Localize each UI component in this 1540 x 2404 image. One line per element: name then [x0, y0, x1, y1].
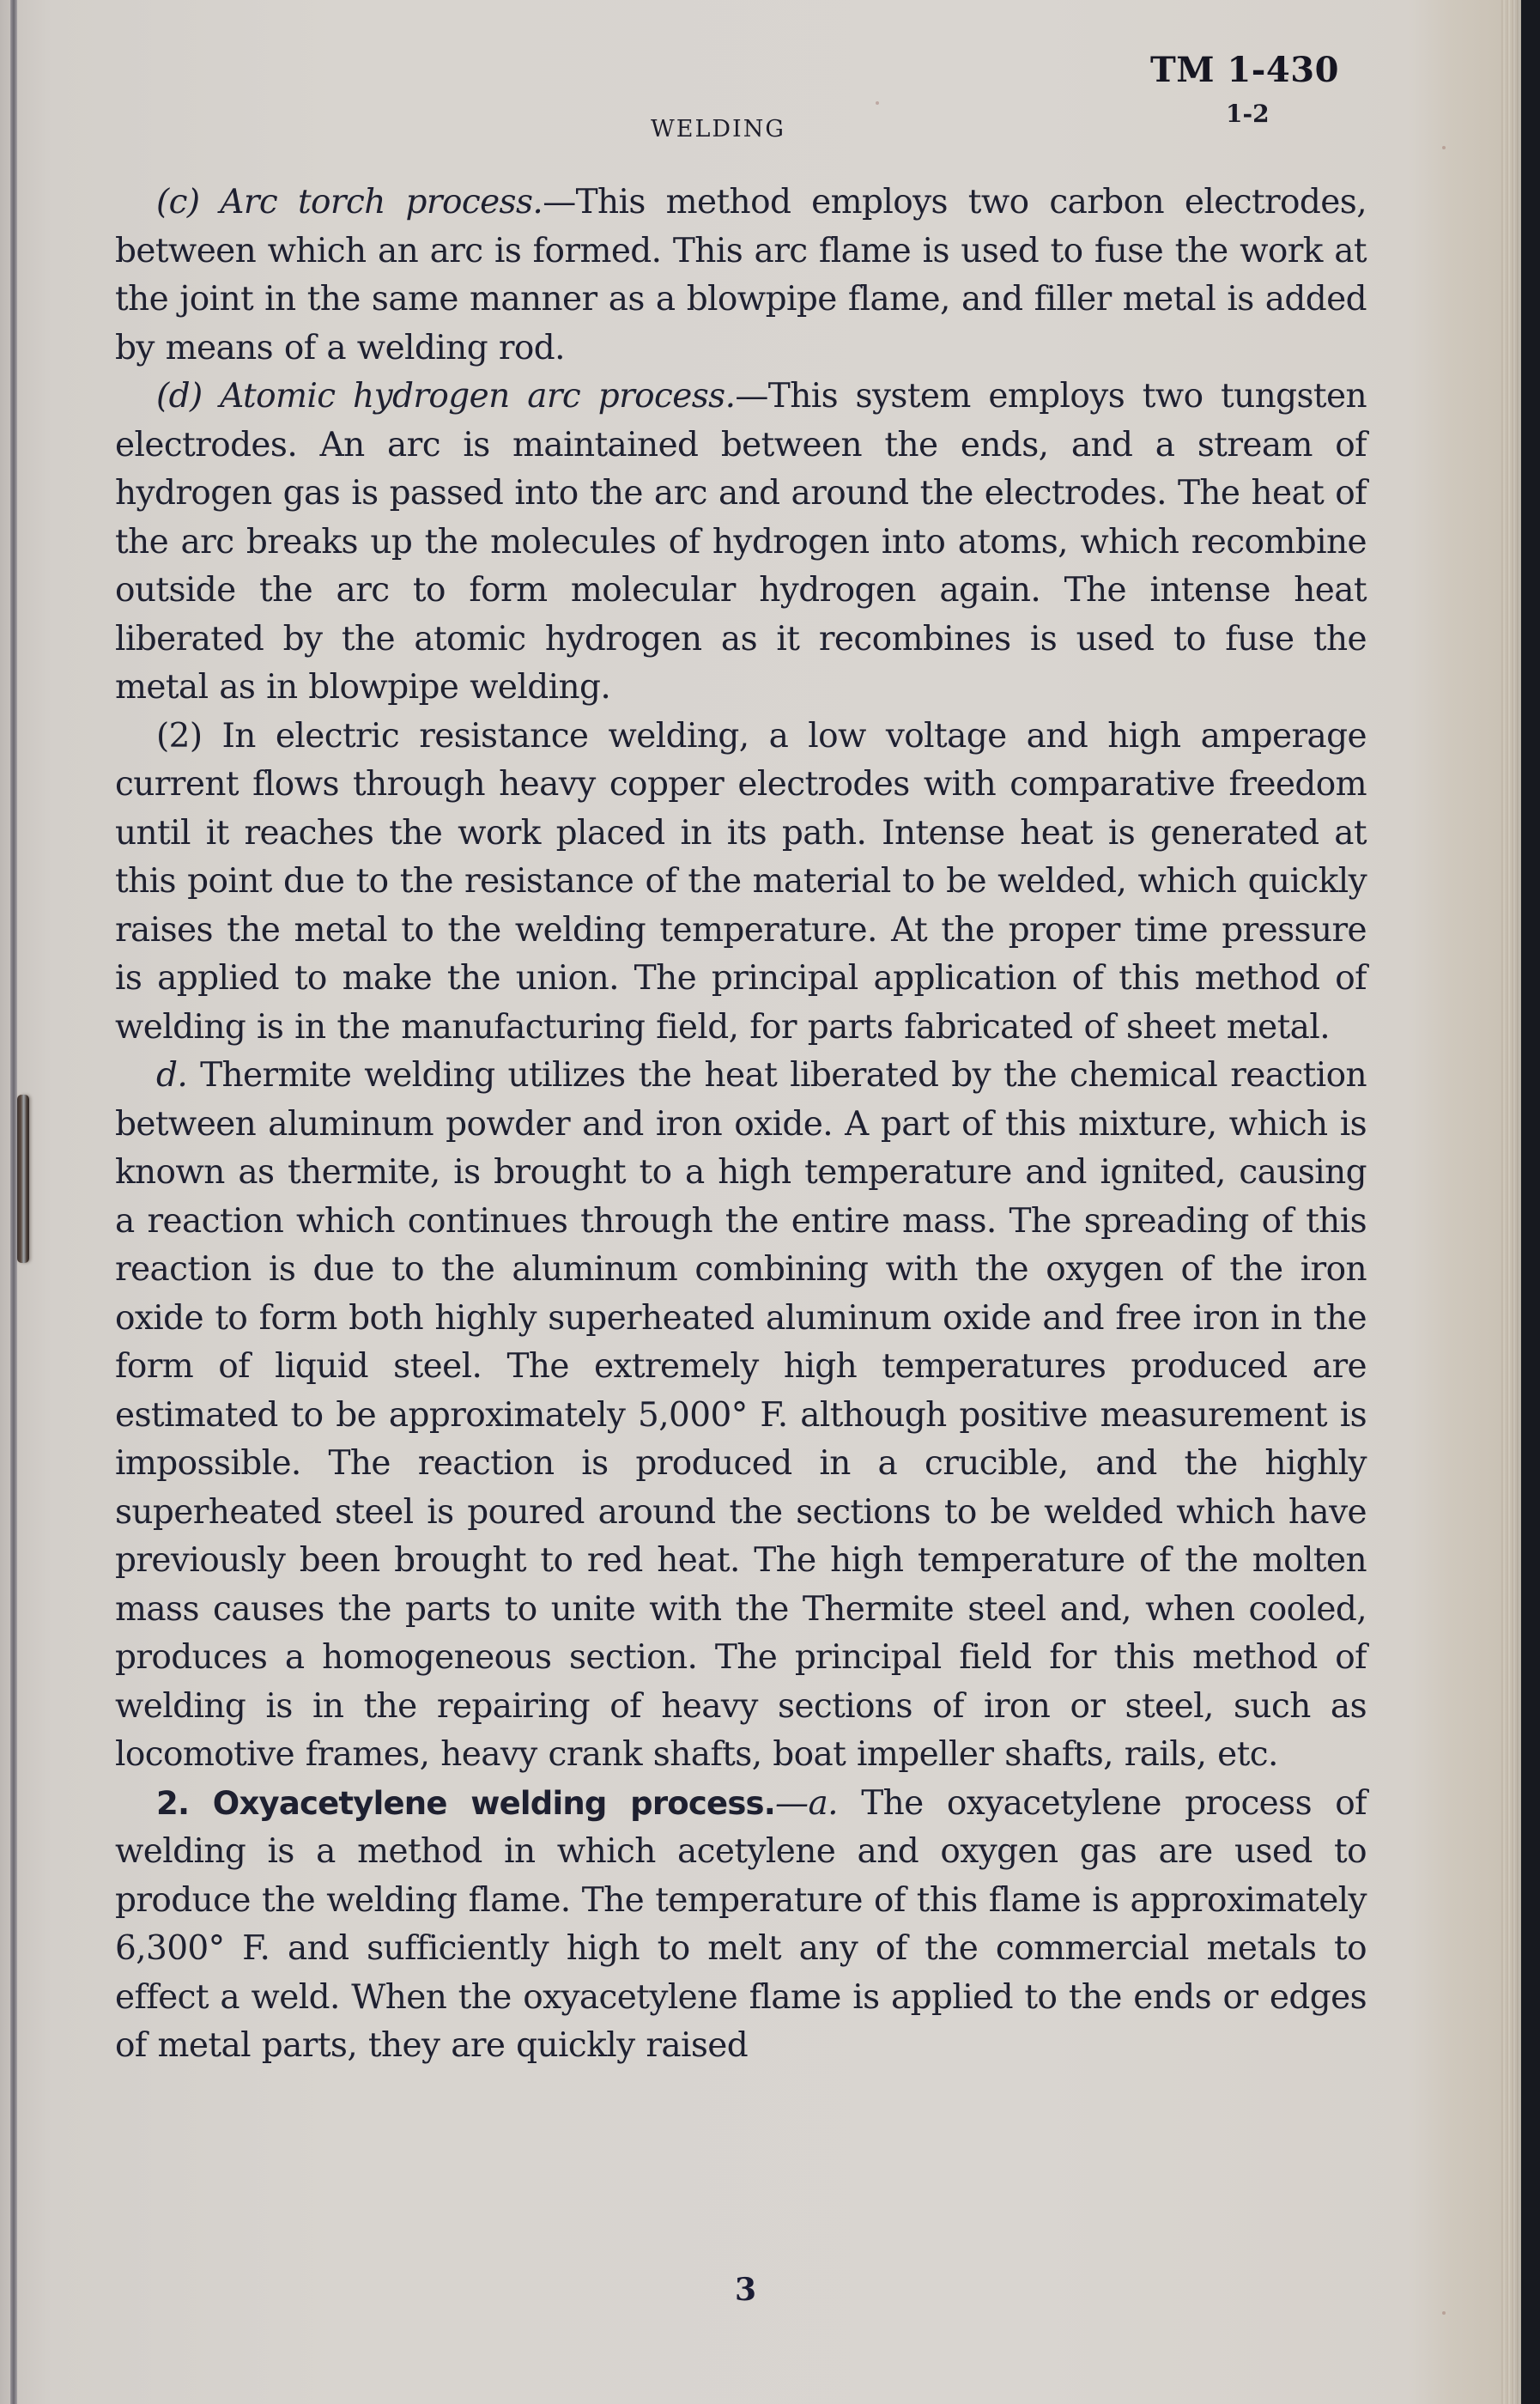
scanned-page: TM 1-430 1-2 WELDING (c) Arc torch proce…	[0, 0, 1540, 2404]
paragraph-arc-torch: (c) Arc torch process.—This method emplo…	[115, 179, 1367, 373]
paragraph-thermite-welding: d. Thermite welding utilizes the heat li…	[115, 1052, 1367, 1780]
paragraph-oxyacetylene: 2. Oxyacetylene welding process.—a. The …	[115, 1780, 1367, 2071]
cover-edge	[1521, 0, 1540, 2404]
paragraph-text: —This system employs two tungsten electr…	[115, 377, 1367, 707]
running-head: WELDING	[651, 116, 785, 143]
paragraph-lead: (d) Atomic hydrogen arc process.	[156, 377, 735, 416]
manual-number: TM 1-430	[1150, 50, 1339, 90]
section-heading: 2. Oxyacetylene welding process.	[156, 1785, 775, 1822]
paragraph-lead: d.	[156, 1056, 187, 1095]
paragraph-text: The oxyacetylene process of welding is a…	[115, 1784, 1367, 2066]
subsection-marker: —a.	[775, 1784, 838, 1823]
paragraph-text: (2) In electric resistance welding, a lo…	[115, 717, 1367, 1047]
staple	[17, 1095, 29, 1263]
paragraph-resistance-welding: (2) In electric resistance welding, a lo…	[115, 713, 1367, 1053]
page-number: 3	[735, 2272, 756, 2308]
body-text: (c) Arc torch process.—This method emplo…	[115, 179, 1367, 2071]
page-stack-edge	[1501, 0, 1521, 2404]
paragraph-atomic-hydrogen: (d) Atomic hydrogen arc process.—This sy…	[115, 373, 1367, 713]
section-number: 1-2	[1226, 100, 1270, 128]
binding-edge	[10, 0, 17, 2404]
paper-speck	[1442, 2311, 1446, 2315]
paragraph-text: Thermite welding utilizes the heat liber…	[115, 1056, 1367, 1774]
page-header: TM 1-430 1-2 WELDING	[0, 0, 1540, 172]
paragraph-lead: (c) Arc torch process.	[156, 183, 543, 222]
